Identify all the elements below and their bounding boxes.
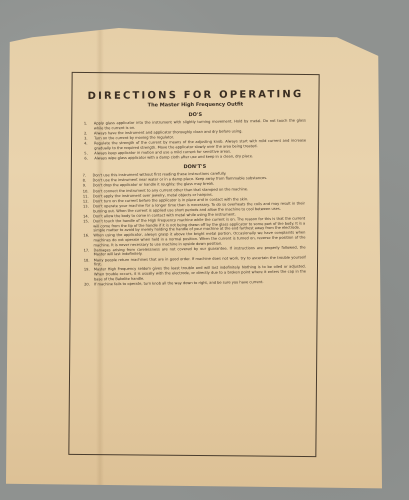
item-number: 2. — [84, 131, 94, 136]
item-number: 13. — [83, 204, 93, 213]
item-number: 10. — [83, 189, 93, 194]
item-number: 4. — [84, 142, 94, 151]
item-number: 14. — [83, 214, 93, 219]
document-title: DIRECTIONS FOR OPERATING — [84, 89, 306, 102]
item-number: 16. — [83, 234, 93, 248]
printed-frame: DIRECTIONS FOR OPERATING The Master High… — [68, 72, 319, 457]
item-number: 11. — [83, 194, 93, 199]
section-heading-donts: DON'T'S — [84, 163, 306, 171]
item-number: 5. — [84, 151, 94, 156]
document-paper: DIRECTIONS FOR OPERATING The Master High… — [6, 28, 382, 493]
donts-list: 7.Don't use this instrument without firs… — [83, 170, 307, 286]
item-number: 7. — [83, 173, 93, 178]
document-subtitle: The Master High Frequency Outfit — [84, 101, 306, 109]
item-number: 9. — [83, 184, 93, 189]
item-number: 15. — [83, 219, 93, 233]
item-number: 1. — [84, 121, 94, 130]
section-heading-dos: DO'S — [84, 111, 306, 119]
item-number: 12. — [83, 199, 93, 204]
item-number: 17. — [84, 248, 94, 257]
item-number: 8. — [83, 178, 93, 183]
item-number: 3. — [84, 136, 94, 141]
dos-list: 1.Apply glass applicator into the instru… — [84, 118, 307, 161]
item-number: 20. — [84, 282, 94, 287]
item-number: 19. — [84, 268, 94, 282]
item-number: 6. — [84, 157, 94, 162]
item-number: 18. — [84, 258, 94, 267]
